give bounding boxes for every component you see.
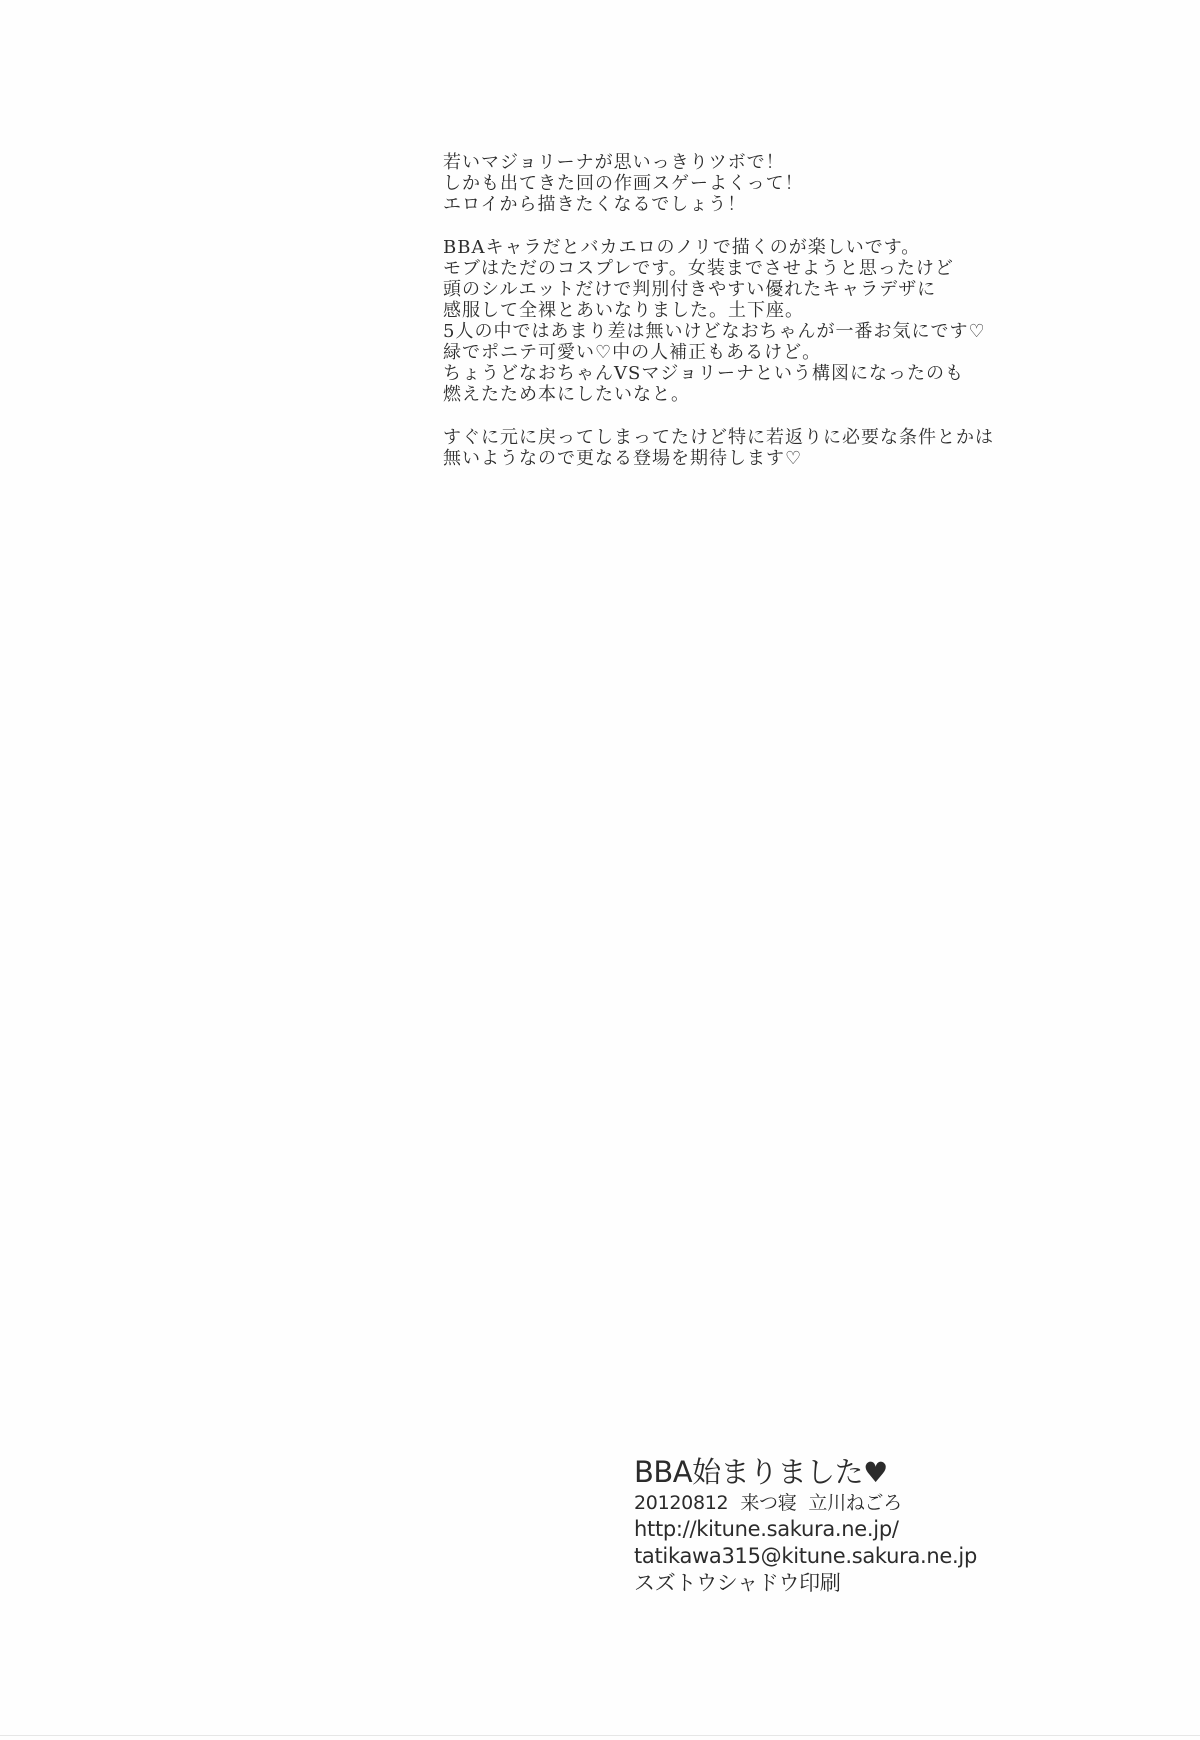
book-title-text: BBA始まりました	[634, 1455, 863, 1489]
text-line: モブはただのコスプレです。女装までさせようと思ったけど	[443, 258, 1163, 279]
text-line: エロイから描きたくなるでしょう！	[443, 194, 1163, 215]
website-url: http://kitune.sakura.ne.jp/	[634, 1516, 977, 1543]
text-line: BBAキャラだとバカエロのノリで描くのが楽しいです。	[443, 237, 1163, 258]
publication-date: 20120812	[634, 1492, 728, 1514]
circle-name: 来つ寝	[740, 1492, 796, 1514]
text-line: 燃えたため本にしたいなと。	[443, 384, 1163, 405]
text-line: 無いようなので更なる登場を期待します♡	[443, 448, 1163, 469]
text-line: 感服して全裸とあいなりました。土下座。	[443, 300, 1163, 321]
text-line: 5人の中ではあまり差は無いけどなおちゃんが一番お気にです♡	[443, 321, 1163, 342]
page-edge-divider	[0, 1735, 1200, 1736]
text-line: ちょうどなおちゃんVSマジョリーナという構図になったのも	[443, 363, 1163, 384]
publication-info: 20120812来つ寝立川ねごろ	[634, 1491, 977, 1516]
author-name: 立川ねごろ	[808, 1492, 902, 1514]
afterword-paragraph-1: 若いマジョリーナが思いっきりツボで！ しかも出てきた回の作画スゲーよくって！ エ…	[443, 152, 1163, 215]
email-address: tatikawa315@kitune.sakura.ne.jp	[634, 1543, 977, 1570]
colophon: BBA始まりました♥ 20120812来つ寝立川ねごろ http://kitun…	[634, 1454, 977, 1597]
text-line: 若いマジョリーナが思いっきりツボで！	[443, 152, 1163, 173]
printer-name: スズトウシャドウ印刷	[634, 1570, 977, 1597]
heart-icon: ♥	[863, 1456, 888, 1489]
afterword-paragraph-2: BBAキャラだとバカエロのノリで描くのが楽しいです。 モブはただのコスプレです。…	[443, 237, 1163, 405]
text-line: すぐに元に戻ってしまってたけど特に若返りに必要な条件とかは	[443, 427, 1163, 448]
text-line: しかも出てきた回の作画スゲーよくって！	[443, 173, 1163, 194]
afterword-paragraph-3: すぐに元に戻ってしまってたけど特に若返りに必要な条件とかは 無いようなので更なる…	[443, 427, 1163, 469]
afterword-page: 若いマジョリーナが思いっきりツボで！ しかも出てきた回の作画スゲーよくって！ エ…	[0, 0, 1200, 1740]
book-title: BBA始まりました♥	[634, 1454, 977, 1491]
text-line: 緑でポニテ可愛い♡中の人補正もあるけど。	[443, 342, 1163, 363]
afterword-text: 若いマジョリーナが思いっきりツボで！ しかも出てきた回の作画スゲーよくって！ エ…	[443, 152, 1163, 491]
text-line: 頭のシルエットだけで判別付きやすい優れたキャラデザに	[443, 279, 1163, 300]
